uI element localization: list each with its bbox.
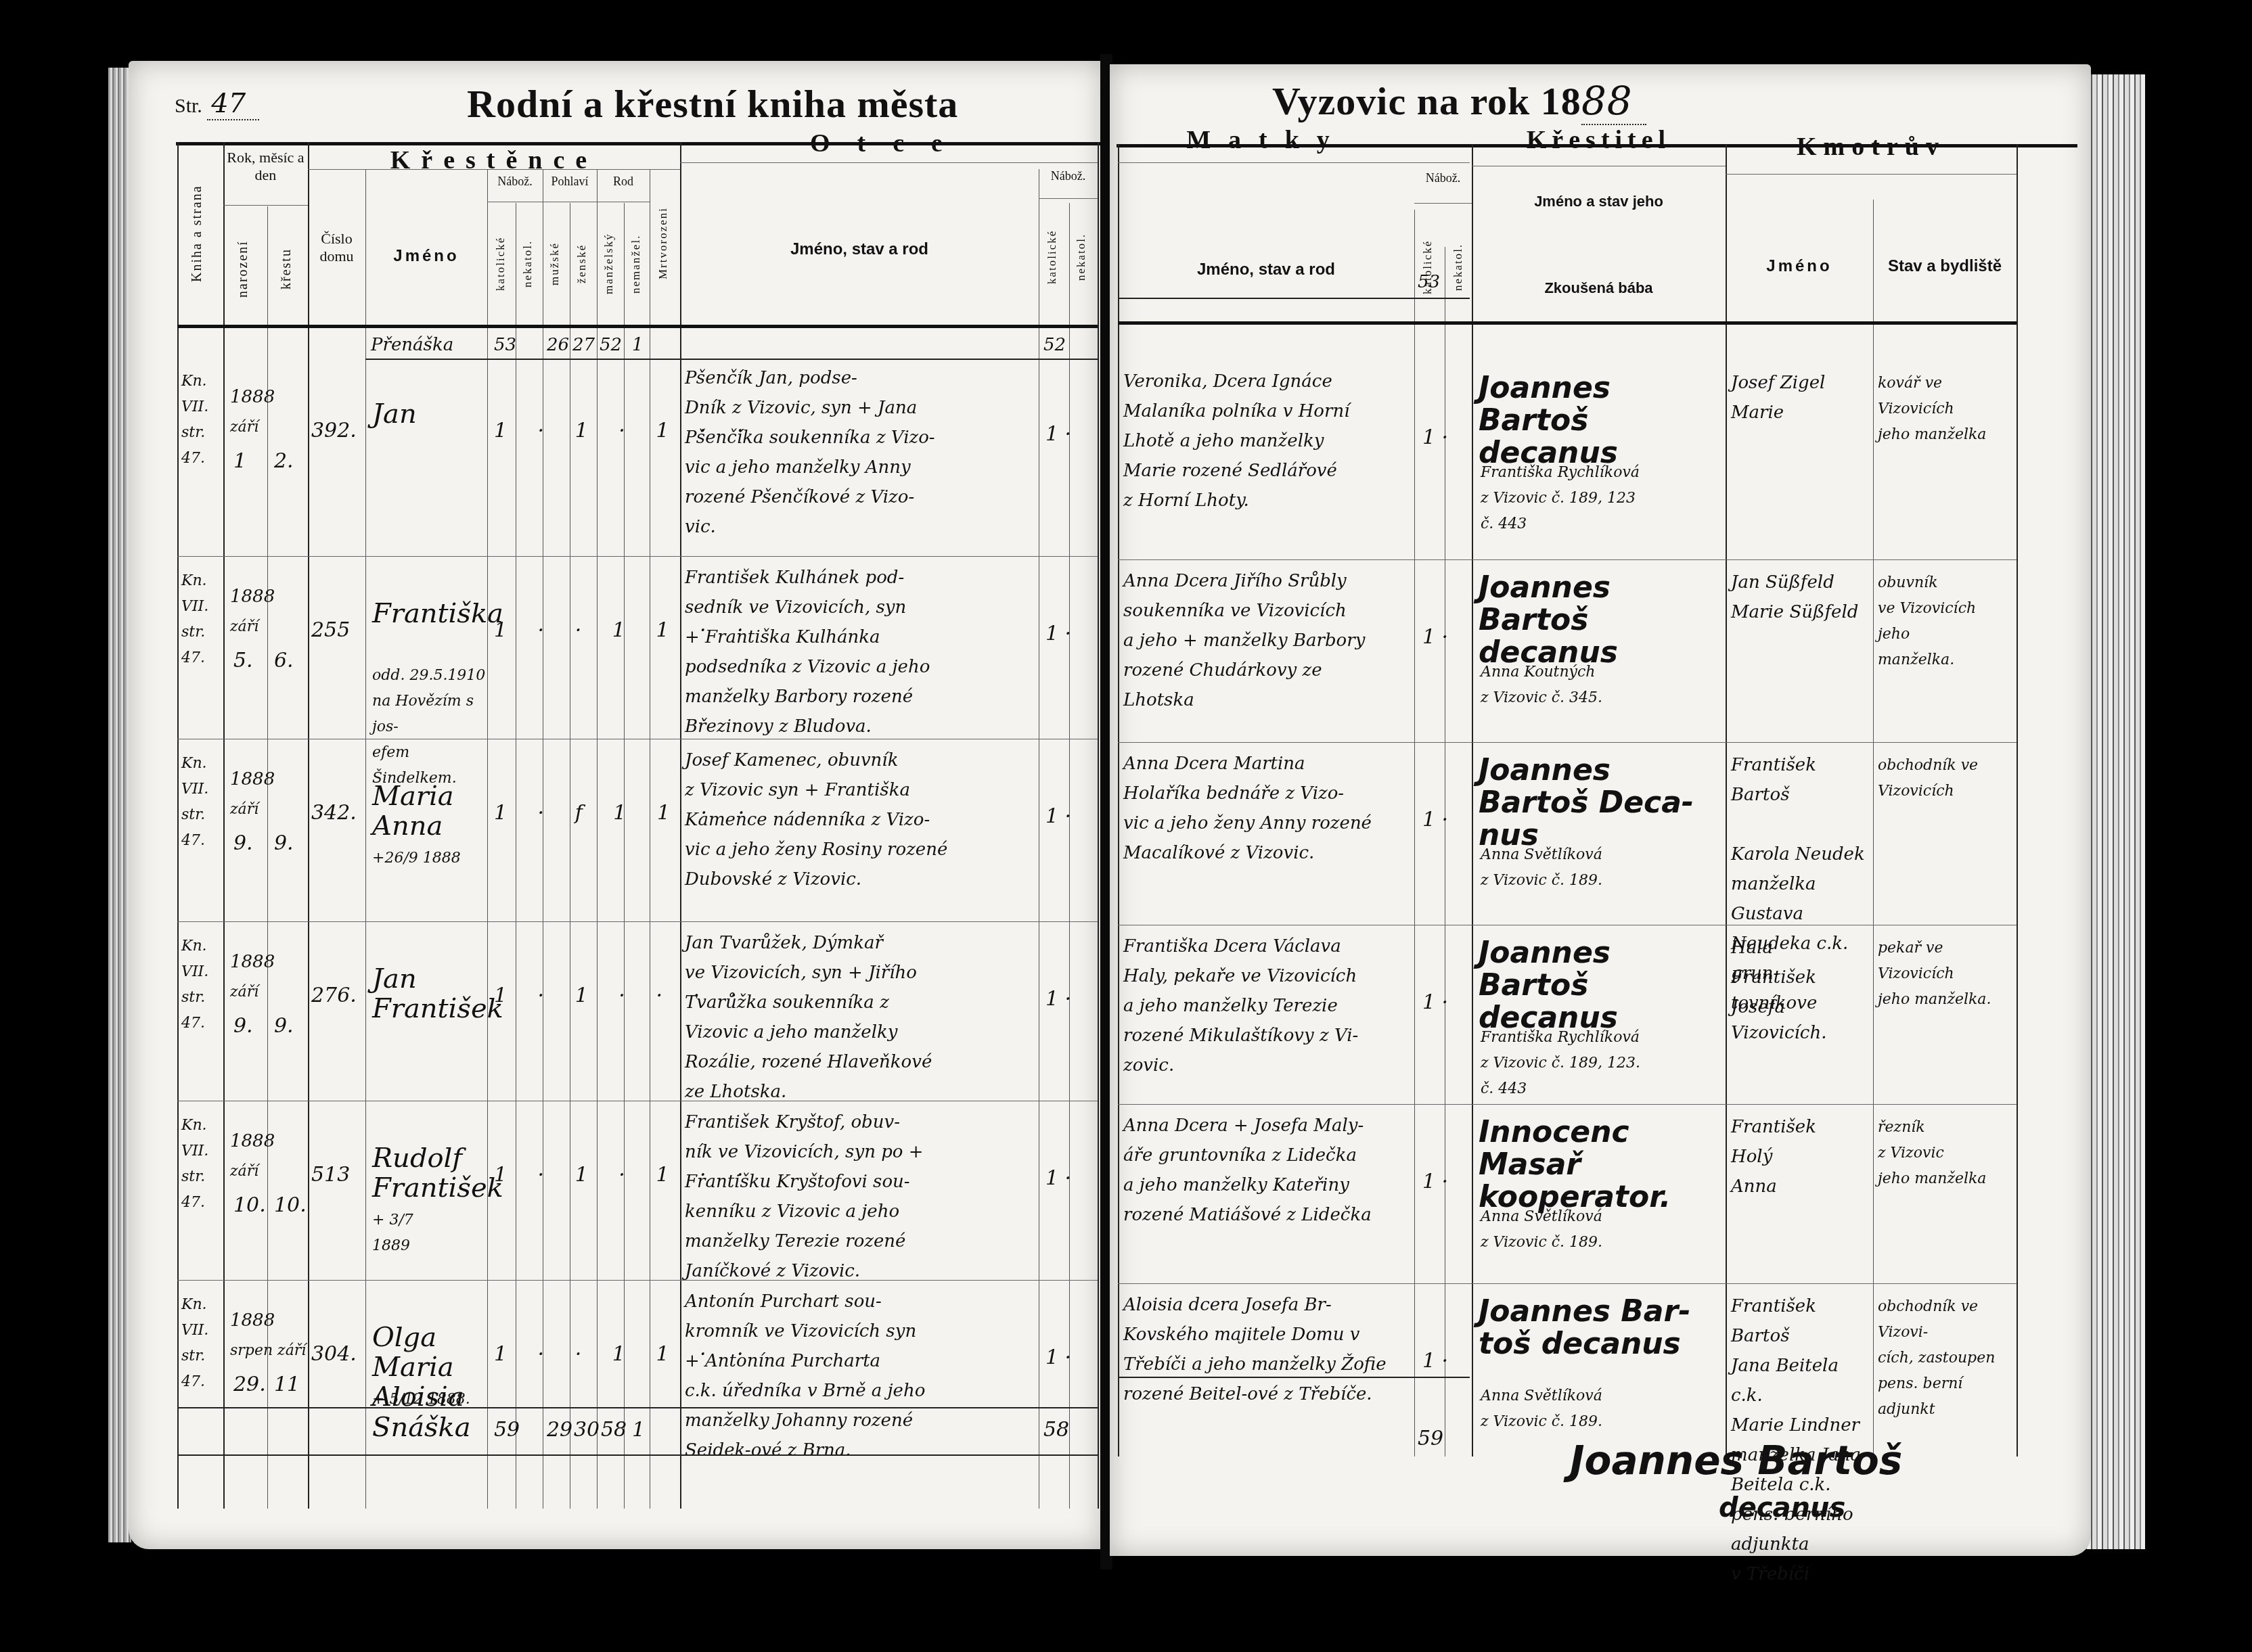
entry-cislo-domu: 392. — [311, 416, 357, 446]
entry-otec-nabozenstvi: 1 · — [1045, 1343, 1071, 1373]
title-right-text: Vyzovic na rok 18 — [1272, 79, 1581, 123]
entry-kniha: Kn. VII. str. 47. — [181, 568, 222, 671]
header-matky-jmeno: Jméno, stav a rod — [1118, 260, 1414, 279]
entry-krestu: 6. — [274, 646, 294, 676]
carryover-manzelsky: 52 — [600, 330, 622, 360]
entry-narozeni: 9. — [233, 1011, 253, 1041]
entry-porodni-baba: Františka Rychlíková z Vizovic č. 189, 1… — [1481, 460, 1724, 537]
entry-kmotr-stav: pekař ve Vizovicích jeho manželka. — [1878, 936, 2017, 1013]
entry-month: září — [230, 415, 308, 440]
header-matky-nekatol: nekatol. — [1451, 216, 1465, 318]
header-manzelsky: manželský — [602, 213, 616, 315]
carryover-matky-katolicke: 53 — [1418, 267, 1440, 297]
entry-month: září — [230, 614, 308, 640]
header-katolicke: katolické — [494, 213, 508, 315]
header-mrtvorozeni: Mrtvorozeni — [656, 176, 670, 311]
entry-divider — [177, 1101, 1098, 1101]
header-nabozenstvi: Nábož. — [487, 175, 543, 189]
header-zenske: ženské — [575, 213, 589, 315]
entry-matka-nabozenstvi: 1 · — [1422, 423, 1448, 453]
totals-zenske: 30 — [574, 1415, 600, 1445]
header-otce-nabozenstvi: Nábož. — [1039, 169, 1098, 183]
entry-krestitel: Joannes Bartoš Deca- nus — [1479, 754, 1722, 852]
entry-otec: František Kulhánek pod- sedník ve Vizovi… — [685, 563, 1040, 741]
header-muzske: mužské — [548, 213, 562, 315]
entry-jmeno-note: + 3/7 1889 — [372, 1208, 487, 1259]
page-label-text: Str. — [175, 95, 202, 117]
entry-matka: Anna Dcera Jiřího Srůbly soukenníka ve V… — [1123, 566, 1414, 715]
entry-porodni-baba: Anna Koutných z Vizovic č. 345. — [1481, 660, 1724, 711]
entry-porodni-baba: Anna Světlíková z Vizovic č. 189. — [1481, 1204, 1724, 1256]
entry-kmotr-jmeno: Josef Zigel Marie — [1731, 368, 1873, 428]
entry-kniha: Kn. VII. str. 47. — [181, 1292, 222, 1395]
entry-kniha: Kn. VII. str. 47. — [181, 934, 222, 1036]
entry-jmeno: Františka — [372, 599, 487, 628]
entry-jmeno-note: odd. 29.5.1910 na Hovězím s jos- efem Ši… — [372, 663, 487, 791]
entry-cislo-domu: 513 — [311, 1160, 350, 1190]
entry-otec-nabozenstvi: 1 · — [1045, 1164, 1071, 1193]
entry-year: 1888 — [230, 947, 275, 977]
entry-otec-nabozenstvi: 1 · — [1045, 419, 1071, 449]
entry-kniha: Kn. VII. str. 47. — [181, 751, 222, 854]
entry-kmotr-stav: řezník z Vizovic jeho manželka — [1878, 1115, 2017, 1192]
entry-kniha: Kn. VII. str. 47. — [181, 369, 222, 472]
header-otce-katolicke: katolické — [1045, 206, 1059, 308]
entry-divider — [1118, 1283, 2017, 1284]
page-label: Str. 47 — [175, 88, 259, 119]
entry-divider — [1118, 925, 2017, 925]
entry-kmotr-stav: obuvník ve Vizovicích jeho manželka. — [1878, 570, 2017, 673]
header-matky-nabozenstvi: Nábož. — [1414, 171, 1472, 185]
entry-jmeno-note: + 5/12 1888. — [372, 1387, 487, 1413]
header-zkousena-baba: Zkoušená bába — [1472, 279, 1726, 297]
header-rod: Rod — [597, 175, 650, 189]
entry-matka-nabozenstvi: 1 · — [1422, 805, 1448, 835]
entry-kniha: Kn. VII. str. 47. — [181, 1113, 222, 1216]
entry-month: září — [230, 797, 308, 823]
totals-manzelsky: 58 — [601, 1415, 627, 1445]
page-number: 47 — [207, 88, 259, 120]
entry-narozeni: 29. — [233, 1370, 266, 1400]
entry-divider — [177, 556, 1098, 557]
entry-matka: Anna Dcera Martina Holaříka bednáře z Vi… — [1123, 749, 1414, 868]
entry-porodni-baba: Františka Rychlíková z Vizovic č. 189, 1… — [1481, 1025, 1724, 1102]
entry-narozeni: 5. — [233, 646, 253, 676]
entry-year: 1888 — [230, 382, 275, 412]
entry-jmeno-note: +26/9 1888 — [372, 846, 487, 871]
entry-year: 1888 — [230, 764, 275, 794]
carryover-label: Přenáška — [371, 330, 453, 360]
entry-divider — [177, 739, 1098, 739]
entry-krestitel: Joannes Bartoš decanus — [1479, 372, 1722, 469]
register-title-right: Vyzovic na rok 1888 — [1272, 78, 1646, 124]
header-kmotr-jmeno: Jméno — [1726, 257, 1873, 276]
header-otce: Otce — [680, 129, 1100, 158]
header-krestu: křestu — [279, 223, 294, 315]
entry-narozeni: 10. — [233, 1191, 266, 1220]
header-krestitel-jmeno: Jméno a stav jeho — [1472, 193, 1726, 210]
entry-divider — [1118, 1104, 2017, 1105]
entry-year: 1888 — [230, 1306, 275, 1335]
entry-kmotr-jmeno: Jan Süßfeld Marie Süßfeld — [1731, 568, 1873, 627]
carryover-nemanzel: 1 — [632, 330, 644, 360]
entry-divider — [177, 1280, 1098, 1281]
entry-month: září — [230, 1159, 308, 1185]
entry-krestitel: Joannes Bartoš decanus — [1479, 572, 1722, 669]
entry-jmeno: Maria Anna — [372, 781, 487, 841]
header-matky: Matky — [1118, 125, 1416, 155]
header-kmotru: Kmotrův — [1726, 132, 2017, 162]
entry-porodni-baba: Anna Světlíková z Vizovic č. 189. — [1481, 1383, 1724, 1435]
entry-krestu: 9. — [274, 829, 294, 858]
header-pohlavi: Pohlaví — [543, 175, 597, 189]
entry-otec: Antonín Purchart sou- kromník ve Vizovic… — [685, 1287, 1040, 1465]
entry-jmeno: Jan František — [372, 964, 487, 1024]
entry-month: srpen září — [230, 1338, 308, 1364]
closing-signature-name: Joannes Bartoš — [1570, 1444, 1902, 1477]
entry-cislo-domu: 342. — [311, 798, 357, 828]
header-krestence: Křestěnce — [308, 145, 680, 175]
entry-cislo-domu: 255 — [311, 616, 350, 645]
entry-jmeno: Jan — [372, 399, 487, 429]
right-page: Vyzovic na rok 1888 Matky Jméno, stav a … — [1110, 64, 2091, 1556]
entry-matka-nabozenstvi: 1 · — [1422, 988, 1448, 1017]
header-nekatol: nekatol. — [521, 213, 535, 315]
entry-kmotr-jmeno: Hala František Josefa — [1731, 933, 1873, 1022]
entry-otec: Josef Kamenec, obuvník z Vizovic syn + F… — [685, 745, 1040, 894]
carryover-zenske: 27 — [572, 330, 595, 360]
closing-signature-title: decanus — [1719, 1492, 1845, 1524]
entry-narozeni: 9. — [233, 829, 253, 858]
entry-matka: Veronika, Dcera Ignáce Malaníka polníka … — [1123, 367, 1414, 515]
entry-narozeni: 1 — [233, 446, 246, 476]
entry-kmotr-stav: obchodník ve Vizovicích — [1878, 753, 2017, 804]
entry-year: 1888 — [230, 1126, 275, 1156]
totals-nemanzel: 1 — [632, 1415, 645, 1445]
entry-divider — [1118, 742, 2017, 743]
register-year: 88 — [1581, 78, 1646, 125]
header-bottom-rule-right — [1118, 321, 2017, 325]
header-nemanzel: nemanžel. — [629, 213, 643, 315]
header-rok-mesic-den: Rok, měsíc a den — [223, 149, 308, 184]
entry-krestu: 11 — [274, 1370, 300, 1400]
entry-otec-nabozenstvi: 1 · — [1045, 984, 1071, 1014]
entry-kmotr-stav: obchodník ve Vizovi- cích, zastoupen pen… — [1878, 1294, 2017, 1423]
entry-krestitel: Innocenc Masař kooperator. — [1479, 1116, 1722, 1214]
entry-otec: Jan Tvarůžek, Dýmkař ve Vizovicích, syn … — [685, 928, 1040, 1107]
totals-label: Snáška — [372, 1413, 471, 1442]
entry-divider — [1118, 559, 2017, 560]
entry-jmeno: Rudolf František — [372, 1143, 487, 1203]
header-cislo-domu: Číslo domu — [308, 230, 365, 265]
entry-krestu: 9. — [274, 1011, 294, 1041]
entry-year: 1888 — [230, 582, 275, 612]
entry-matka: Františka Dcera Václava Haly, pekaře ve … — [1123, 932, 1414, 1080]
entry-otec: František Kryštof, obuv- ník ve Vizovicí… — [685, 1107, 1040, 1286]
entry-matka: Aloisia dcera Josefa Br- Kovského majite… — [1123, 1290, 1414, 1409]
header-otce-nekatol: nekatol. — [1075, 206, 1088, 308]
header-otce-jmeno: Jméno, stav a rod — [680, 240, 1039, 259]
header-jmeno: Jméno — [365, 247, 487, 266]
header-narozeni: narození — [235, 223, 251, 315]
totals-matky-katolicke: 59 — [1418, 1424, 1443, 1454]
entry-matka-nabozenstvi: 1 · — [1422, 1167, 1448, 1197]
entry-porodni-baba: Anna Světlíková z Vizovic č. 189. — [1481, 842, 1724, 894]
totals-katolicke: 59 — [494, 1415, 520, 1445]
carryover-muzske: 26 — [547, 330, 569, 360]
entry-krestitel: Joannes Bartoš decanus — [1479, 937, 1722, 1034]
register-title-left: Rodní a křestní kniha města — [467, 81, 958, 127]
entry-kmotr-jmeno: František Holý Anna — [1731, 1112, 1873, 1201]
header-krestitel: Křestitel — [1472, 125, 1726, 155]
entry-divider — [177, 921, 1098, 922]
entry-otec-nabozenstvi: 1 · — [1045, 619, 1071, 649]
header-bottom-rule — [177, 325, 1098, 328]
totals-muzske: 29 — [547, 1415, 572, 1445]
entry-cislo-domu: 304. — [311, 1339, 357, 1369]
carryover-katolicke: 53 — [494, 330, 516, 360]
entry-krestu: 10. — [274, 1191, 307, 1220]
entry-krestu: 2. — [274, 446, 294, 476]
entry-matka: Anna Dcera + Josefa Maly- áře gruntovník… — [1123, 1111, 1414, 1230]
entry-month: září — [230, 980, 308, 1005]
entry-otec-nabozenstvi: 1 · — [1045, 802, 1071, 831]
entry-kmotr-stav: kovář ve Vizovicích jeho manželka — [1878, 371, 2017, 448]
carryover-otce-katolicke: 52 — [1043, 330, 1066, 360]
entry-matka-nabozenstvi: 1 · — [1422, 622, 1448, 652]
header-kniha-a-strana: Kniha a strana — [189, 156, 205, 311]
entry-krestitel: Joannes Bar- toš decanus — [1479, 1295, 1722, 1360]
entry-cislo-domu: 276. — [311, 981, 357, 1011]
totals-otce-katolicke: 58 — [1043, 1415, 1069, 1445]
left-page: Str. 47 Rodní a křestní kniha města Knih… — [129, 61, 1103, 1549]
entry-matka-nabozenstvi: 1 · — [1422, 1346, 1448, 1376]
header-kmotr-stav: Stav a bydliště — [1873, 257, 2017, 276]
left-page-edges — [108, 68, 131, 1542]
entry-otec: Pšenčík Jan, podse- Dník z Vizovic, syn … — [685, 363, 1040, 542]
